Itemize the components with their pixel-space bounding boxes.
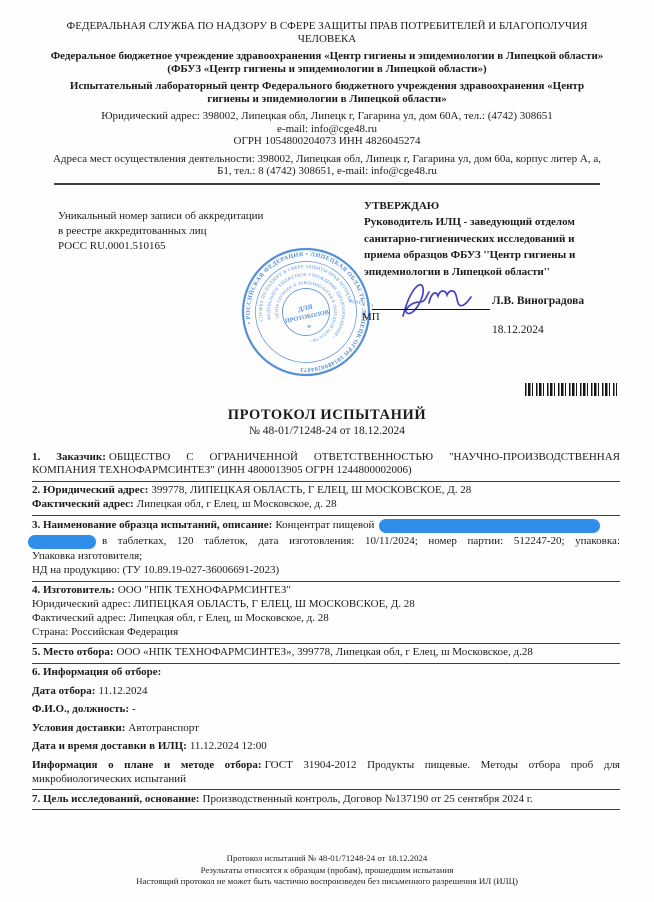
protocol-document-page: ФЕДЕРАЛЬНАЯ СЛУЖБА ПО НАДЗОРУ В СФЕРЕ ЗА… bbox=[0, 0, 654, 902]
mp-seal-mark: МП bbox=[362, 311, 380, 323]
section-7-purpose: 7. Цель исследований, основание:Производ… bbox=[32, 790, 620, 810]
nd-label: НД на продукцию: bbox=[32, 564, 120, 576]
sampling-plan-line1: Информация о плане и методе отбора:ГОСТ … bbox=[32, 758, 620, 772]
agency-line1: ФЕДЕРАЛЬНАЯ СЛУЖБА ПО НАДЗОРУ В СФЕРЕ ЗА… bbox=[0, 20, 654, 33]
redaction-box-2 bbox=[28, 535, 96, 549]
delivery-datetime-row: Дата и время доставки в ИЛЦ:11.12.2024 1… bbox=[32, 740, 620, 754]
lab-center-name: Испытательный лабораторный центр Федерал… bbox=[0, 80, 654, 105]
section-1-customer: 1. Заказчик:ОБЩЕСТВО С ОГРАНИЧЕННОЙ ОТВЕ… bbox=[32, 449, 620, 482]
accreditation-block: Уникальный номер записи об аккредитации … bbox=[58, 209, 263, 254]
sample-label-wrap: 3. Наименование образца испытаний, описа… bbox=[32, 519, 374, 532]
activity-line2: Б1, тел.: 8 (4742) 308651, e-mail: info@… bbox=[0, 165, 654, 178]
sample-line2: в таблетках, 120 таблеток, дата изготовл… bbox=[32, 534, 620, 550]
activity-line1: Адреса мест осуществления деятельности: … bbox=[0, 153, 654, 166]
country-label: Страна: bbox=[32, 626, 68, 638]
sampling-info-label: 6. Информация об отборе: bbox=[32, 666, 617, 680]
approval-line2: санитарно-гигиенических исследований и bbox=[364, 231, 594, 248]
actual-address-value: Липецкая обл, г Елец, ш Московское, д. 2… bbox=[137, 498, 337, 510]
lab-line2: гигиены и эпидемиологии в Липецкой облас… bbox=[0, 93, 654, 106]
activity-addresses: Адреса мест осуществления деятельности: … bbox=[0, 153, 654, 178]
manufacturer-legal-value: ЛИПЕЦКАЯ ОБЛАСТЬ, Г ЕЛЕЦ, Ш МОСКОВСКОЕ, … bbox=[133, 598, 414, 610]
stamp-star: * bbox=[306, 322, 313, 333]
manufacturer-actual-value: Липецкая обл, г Елец, ш Московское, д. 2… bbox=[129, 612, 329, 624]
sample-packaging: Упаковка изготовителя; bbox=[32, 550, 620, 564]
approval-date: 18.12.2024 bbox=[492, 324, 544, 336]
handwritten-signature bbox=[396, 277, 484, 321]
sample-value-start: Концентрат пищевой bbox=[275, 519, 374, 531]
manufacturer-legal-label: Юридический адрес: bbox=[32, 598, 131, 610]
legal-address-value: 399778, ЛИПЕЦКАЯ ОБЛАСТЬ, Г ЕЛЕЦ, Ш МОСК… bbox=[151, 484, 471, 496]
section-2-addresses: 2. Юридический адрес:399778, ЛИПЕЦКАЯ ОБ… bbox=[32, 482, 620, 516]
fio-label: Ф.И.О., должность: bbox=[32, 703, 129, 715]
signer-name: Л.В. Виноградова bbox=[492, 295, 584, 307]
org-line2: (ФБУЗ «Центр гигиены и эпидемиологии в Л… bbox=[0, 63, 654, 76]
legal-address-label: 2. Юридический адрес: bbox=[32, 484, 148, 496]
document-title: ПРОТОКОЛ ИСПЫТАНИЙ bbox=[0, 407, 654, 424]
organization-name: Федеральное бюджетное учреждение здравоо… bbox=[0, 50, 654, 75]
fio-row: Ф.И.О., должность:- bbox=[32, 703, 620, 717]
section-6-sampling-info: 6. Информация об отборе: Дата отбора:11.… bbox=[32, 664, 620, 791]
agency-line2: ЧЕЛОВЕКА bbox=[0, 33, 654, 46]
sampling-date-row: Дата отбора:11.12.2024 bbox=[32, 684, 620, 698]
footer-results-note: Результаты относятся к образцам (пробам)… bbox=[0, 865, 654, 877]
purpose-row: 7. Цель исследований, основание:Производ… bbox=[32, 792, 620, 806]
sampling-plan-value-line2: микробиологических испытаний bbox=[32, 772, 620, 786]
sampling-date-label: Дата отбора: bbox=[32, 685, 95, 697]
round-stamp-icon: • РОССИЙСКАЯ ФЕДЕРАЦИЯ • ЛИПЕЦКАЯ ОБЛАСТ… bbox=[239, 245, 373, 379]
org-line1: Федеральное бюджетное учреждение здравоо… bbox=[0, 50, 654, 63]
manufacturer-actual-row: Фактический адрес: Липецкая обл, г Елец,… bbox=[32, 612, 620, 626]
page-footer: Протокол испытаний № 48-01/71248-24 от 1… bbox=[0, 853, 654, 888]
nd-value: (ТУ 10.89.19-027-36006691-2023) bbox=[123, 564, 280, 576]
sampling-date-value: 11.12.2024 bbox=[98, 685, 147, 697]
accreditation-line2: в реестре аккредитованных лиц bbox=[58, 224, 263, 239]
manufacturer-country-row: Страна: Российская Федерация bbox=[32, 626, 620, 640]
sample-line2-text: в таблетках, 120 таблеток, дата изготовл… bbox=[102, 535, 620, 548]
customer-label: 1. Заказчик: bbox=[32, 451, 106, 463]
approval-title: УТВЕРЖДАЮ bbox=[364, 198, 594, 215]
delivery-conditions-label: Условия доставки: bbox=[32, 722, 125, 734]
accreditation-number: РОСС RU.0001.510165 bbox=[58, 239, 263, 254]
section-4-manufacturer: 4. Изготовитель:ООО "НПК ТЕХНОФАРМСИНТЕЗ… bbox=[32, 582, 620, 644]
customer-line1: 1. Заказчик:ОБЩЕСТВО С ОГРАНИЧЕННОЙ ОТВЕ… bbox=[32, 451, 620, 464]
sections-table: 1. Заказчик:ОБЩЕСТВО С ОГРАНИЧЕННОЙ ОТВЕ… bbox=[32, 449, 620, 811]
footer-reproduction-note: Настоящий протокол не может быть частичн… bbox=[0, 876, 654, 888]
delivery-conditions-value: Автотранспорт bbox=[128, 722, 199, 734]
sample-label: 3. Наименование образца испытаний, описа… bbox=[32, 519, 272, 531]
document-header: ФЕДЕРАЛЬНАЯ СЛУЖБА ПО НАДЗОРУ В СФЕРЕ ЗА… bbox=[0, 0, 654, 178]
lab-line1: Испытательный лабораторный центр Федерал… bbox=[0, 80, 654, 93]
sampling-plan-value-line1: ГОСТ 31904-2012 Продукты пищевые. Методы… bbox=[265, 759, 620, 771]
section-5-sampling-place: 5. Место отбора:ООО «НПК ТЕХНОФАРМСИНТЕЗ… bbox=[32, 644, 620, 664]
delivery-conditions-row: Условия доставки:Автотранспорт bbox=[32, 721, 620, 735]
sampling-place-label: 5. Место отбора: bbox=[32, 646, 114, 658]
approval-line1: Руководитель ИЛЦ - заведующий отделом bbox=[364, 214, 594, 231]
legal-address-row: 2. Юридический адрес:399778, ЛИПЕЦКАЯ ОБ… bbox=[32, 484, 620, 498]
section-3-sample: 3. Наименование образца испытаний, описа… bbox=[32, 516, 620, 582]
redaction-box-1 bbox=[379, 519, 600, 533]
customer-value-line2: КОМПАНИЯ ТЕХНОФАРМСИНТЕЗ" (ИНН 480001390… bbox=[32, 464, 620, 478]
manufacturer-label: 4. Изготовитель: bbox=[32, 584, 115, 596]
customer-value-line1: ОБЩЕСТВО С ОГРАНИЧЕННОЙ ОТВЕТСТВЕННОСТЬЮ… bbox=[109, 451, 620, 463]
agency-name: ФЕДЕРАЛЬНАЯ СЛУЖБА ПО НАДЗОРУ В СФЕРЕ ЗА… bbox=[0, 20, 654, 45]
title-block: ПРОТОКОЛ ИСПЫТАНИЙ № 48-01/71248-24 от 1… bbox=[0, 407, 654, 439]
purpose-label: 7. Цель исследований, основание: bbox=[32, 793, 200, 805]
accreditation-line1: Уникальный номер записи об аккредитации bbox=[58, 209, 263, 224]
country-value: Российская Федерация bbox=[71, 626, 178, 638]
manufacturer-actual-label: Фактический адрес: bbox=[32, 612, 126, 624]
actual-address-label: Фактический адрес: bbox=[32, 498, 134, 510]
barcode-icon bbox=[525, 383, 617, 396]
delivery-datetime-value: 11.12.2024 12:00 bbox=[190, 740, 267, 752]
approval-block: УТВЕРЖДАЮ Руководитель ИЛЦ - заведующий … bbox=[364, 198, 594, 281]
purpose-value: Производственный контроль, Договор №1371… bbox=[203, 793, 533, 805]
sample-line1: 3. Наименование образца испытаний, описа… bbox=[32, 518, 620, 534]
email: e-mail: info@cge48.ru bbox=[0, 123, 654, 136]
footer-protocol-number: Протокол испытаний № 48-01/71248-24 от 1… bbox=[0, 853, 654, 865]
delivery-datetime-label: Дата и время доставки в ИЛЦ: bbox=[32, 740, 187, 752]
sampling-place-row: 5. Место отбора:ООО «НПК ТЕХНОФАРМСИНТЕЗ… bbox=[32, 646, 620, 660]
sample-nd-row: НД на продукцию: (ТУ 10.89.19-027-360066… bbox=[32, 564, 620, 578]
approval-line3: приема образцов ФБУЗ ''Центр гигиены и bbox=[364, 247, 594, 264]
manufacturer-legal-row: Юридический адрес: ЛИПЕЦКАЯ ОБЛАСТЬ, Г Е… bbox=[32, 598, 620, 612]
manufacturer-row: 4. Изготовитель:ООО "НПК ТЕХНОФАРМСИНТЕЗ… bbox=[32, 584, 620, 598]
approval-zone: Уникальный номер записи об аккредитации … bbox=[0, 185, 654, 405]
document-number: № 48-01/71248-24 от 18.12.2024 bbox=[0, 424, 654, 439]
sampling-place-value: ООО «НПК ТЕХНОФАРМСИНТЕЗ», 399778, Липец… bbox=[117, 646, 533, 658]
manufacturer-value: ООО "НПК ТЕХНОФАРМСИНТЕЗ" bbox=[118, 584, 291, 596]
legal-address: Юридический адрес: 398002, Липецкая обл,… bbox=[0, 110, 654, 123]
ogrn-inn: ОГРН 1054800204073 ИНН 4826045274 bbox=[0, 135, 654, 148]
fio-value: - bbox=[132, 703, 136, 715]
sampling-plan-label: Информация о плане и методе отбора: bbox=[32, 759, 262, 771]
signature-line bbox=[372, 309, 490, 310]
actual-address-row: Фактический адрес:Липецкая обл, г Елец, … bbox=[32, 498, 620, 512]
